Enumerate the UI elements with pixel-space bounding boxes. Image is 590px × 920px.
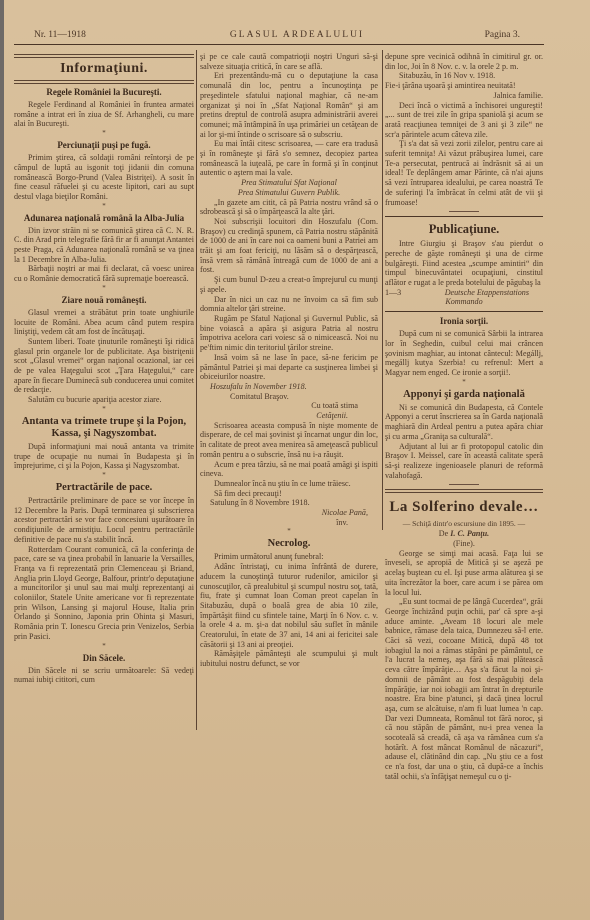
article-paragraph: „Eu sunt tocmai de pe lângă Cucerdea“, g… [385, 597, 543, 781]
article-headline: Din Săcele. [14, 653, 194, 664]
article-paragraph: Pertractările preliminare de pace se vor… [14, 496, 194, 545]
notice-signer: Kommando [385, 297, 543, 307]
article-paragraph: Glasul vremei a străbătut prin toate ung… [14, 308, 194, 337]
letter-paragraph: Dar în nici un caz nu ne învoim ca să fi… [200, 295, 378, 314]
separator-star: * [14, 202, 194, 210]
article-paragraph: Primim ştirea, că soldaţii români reînto… [14, 153, 194, 202]
signature-name: Nicolae Pană, [200, 508, 378, 518]
letter-place: Hoszufalu în November 1918. [200, 382, 378, 392]
article-paragraph: Suntem liberi. Toate ţinuturile româneşt… [14, 337, 194, 395]
page-number: Pagina 3. [485, 30, 520, 40]
short-rule [449, 211, 479, 212]
separator-star: * [14, 405, 194, 413]
article-paragraph: Eu mai întâi citesc scrisoarea, — care e… [200, 139, 378, 178]
article-paragraph: Acum e prea târziu, să ne mai poată amăg… [200, 460, 378, 479]
author-name: I. C. Panţu. [450, 529, 489, 538]
necrolog-wish: Fie-i ţărâna uşoară şi amintirea neuitat… [385, 81, 543, 91]
article-paragraph: Bărbaţii noştri ar mai fi declarat, că v… [14, 264, 194, 283]
article-paragraph: Din izvor străin ni se comunică ştirea c… [14, 226, 194, 265]
article-paragraph: Salutăm cu bucurie apariţia acestor ziar… [14, 395, 194, 405]
byline-prefix: De [439, 529, 448, 538]
separator-star: * [385, 378, 543, 386]
section-rule [385, 216, 543, 217]
separator-star: * [14, 471, 194, 479]
section-rule [14, 80, 194, 84]
necrolog-place: Sitabuzău, în 16 Nov v. 1918. [385, 71, 543, 81]
article-paragraph: Adjutant al lui ar fi protopopul catolic… [385, 442, 543, 481]
article-paragraph: După cum ni se comunică Sârbii la intrar… [385, 329, 543, 378]
feuilleton-note: (Fine). [385, 539, 543, 549]
short-rule [449, 484, 479, 485]
section-title: Informaţiuni. [14, 60, 194, 78]
letter-paragraph: „In gazete am citit, că pă Patria nostru… [200, 198, 378, 217]
letter-paragraph: Şi cum bunul D-zeu a creat-o împrejurul … [200, 275, 378, 294]
article-paragraph: Din Săcele ni se scriu următoarele: Să v… [14, 666, 194, 685]
column-divider [196, 50, 197, 730]
article-paragraph: Rotterdam Courant comunică, că la confer… [14, 545, 194, 642]
section-rule [385, 489, 543, 493]
feuilleton-subtitle: — Schiţă dintr'o escursiune din 1895. — [385, 519, 543, 529]
signature-place: Satulung în 8 Novembre 1918. [200, 498, 378, 508]
article-headline: Adunarea naţională română la Alba-Julia [14, 213, 194, 224]
signature-title: înv. [200, 518, 378, 528]
letter-paragraph: Rugăm pe Sfatul Naţional şi Guvernul Pub… [200, 314, 378, 353]
article-paragraph: Deci încă o victimă a închisorei ungureş… [385, 101, 543, 140]
letter-signer: Cetăţenii. [200, 411, 378, 421]
letter-county: Comitatul Braşov. [200, 392, 378, 402]
separator-star: * [14, 284, 194, 292]
section-rule [14, 54, 194, 58]
column-divider [382, 50, 383, 530]
separator-star: * [14, 129, 194, 137]
article-paragraph: depune spre vecinică odihnă în cimitirul… [385, 52, 543, 71]
letter-address: Prea Stimatului Sfat Naţional [200, 178, 378, 188]
article-paragraph: Regele Ferdinand al României în fruntea … [14, 100, 194, 129]
article-paragraph: Eri prezentându-mă cu o deputaţiune la c… [200, 71, 378, 139]
article-paragraph: Să fim deci precauţi! [200, 489, 378, 499]
article-paragraph: Ţi s'a dat să vezi zorii zilelor, pentru… [385, 139, 543, 207]
notice-number: 1—3 [385, 288, 401, 298]
column-2: şi pe ce cale caută compatrioţii noştri … [200, 52, 378, 669]
article-paragraph: Rămăşiţele pământeşti ale scumpului şi m… [200, 649, 378, 668]
article-paragraph: După informaţiuni mai nouă antanta va tr… [14, 442, 194, 471]
separator-star: * [200, 527, 378, 535]
article-paragraph: George se simţi mai acasă. Faţa lui se î… [385, 549, 543, 598]
article-headline: Apponyi şi garda naţională [385, 389, 543, 401]
article-headline: Perciunaţii puşi pe fugă. [14, 140, 194, 151]
article-paragraph: Primim următorul anunţ funebral: [200, 552, 378, 562]
newspaper-page: Nr. 11—1918 GLASUL ARDEALULUI Pagina 3. … [4, 0, 590, 920]
article-paragraph: şi pe ce cale caută compatrioţii noştri … [200, 52, 378, 71]
article-paragraph: Scrisoarea aceasta compusă în nişte mome… [200, 421, 378, 460]
article-headline: Publicaţiune. [385, 221, 543, 237]
column-3: depune spre vecinică odihnă în cimitirul… [385, 52, 543, 782]
article-paragraph: Dumnealor încă nu ştiu în ce lume trăies… [200, 479, 378, 489]
letter-address: Prea Stimatului Guvern Publik. [200, 188, 378, 198]
article-headline: Ironia sorţii. [385, 316, 543, 327]
article-headline: Regele României la Bucureşti. [14, 87, 194, 98]
letter-paragraph: Insă voim să ne lase în pace, să-ne feri… [200, 353, 378, 382]
letter-paragraph: Noi subscrişii locuitori din Hoszufalu (… [200, 217, 378, 275]
feuilleton-title: La Solferino devale… [385, 497, 543, 517]
article-paragraph: Intre Giurgiu şi Braşov s'au pierdut o p… [385, 239, 543, 288]
article-headline: Necrolog. [200, 538, 378, 550]
section-rule [385, 311, 543, 312]
article-headline: Ziare nouă româneşti. [14, 295, 194, 306]
article-paragraph: Ni se comunică din Budapesta, că Contele… [385, 403, 543, 442]
separator-star: * [14, 642, 194, 650]
article-paragraph: Adânc întristaţi, cu inima înfrântă de d… [200, 562, 378, 649]
notice-signer: Deutsche Etappenstations [445, 288, 543, 298]
article-headline: Antanta va trimete trupe şi la Pojon, Ka… [14, 416, 194, 440]
column-1: Informaţiuni. Regele României la Bucureş… [14, 52, 194, 685]
article-headline: Pertractările de pace. [14, 482, 194, 494]
masthead-rule [14, 44, 544, 45]
necrolog-signature: Jalnica familie. [385, 91, 543, 101]
letter-closing: Cu toată stima [200, 401, 378, 411]
